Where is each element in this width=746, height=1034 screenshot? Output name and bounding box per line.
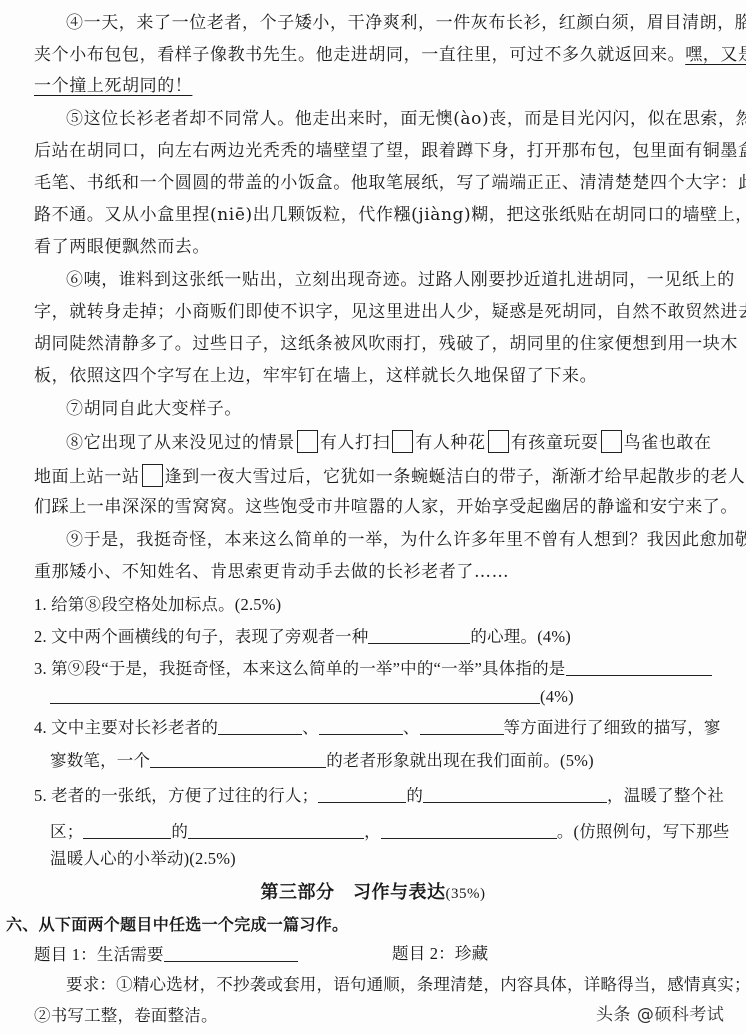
exam-page: ④一天，来了一位老者，个子矮小，干净爽利，一件灰布长衫，红颜白须，眉目清朗，胳肢… [0, 0, 746, 1034]
q5-answer-blank-1[interactable] [318, 784, 406, 803]
part3-score: (35%) [446, 886, 486, 902]
topic-1: 题目 1：生活需要 [34, 943, 298, 966]
punctuation-box-4[interactable] [601, 430, 622, 453]
q4-answer-blank-4[interactable] [150, 749, 326, 768]
p8-seg: 逢到一夜大雪过后，它犹如一条蜿蜒洁白的带子，渐渐才给早起散步的老人 [165, 467, 746, 487]
topic-1-label: 题目 1：生活需要 [34, 945, 164, 964]
p8-seg: 地面上站一站 [34, 467, 140, 487]
q4-line2-text: 寥数笔，一个 [50, 751, 150, 770]
q4-text-after: 等方面进行了细致的描写，寥 [504, 718, 721, 737]
q5-answer-blank-2[interactable] [423, 784, 607, 803]
p4-line2-text: 夹个小布包包，看样子像教书先生。他走进胡同，一直往里，可过不多久就返回来。 [34, 45, 685, 65]
q5-line2-start: 区； [50, 822, 83, 841]
q4-line2-text-after: 的老者形象就出现在我们面前。(5%) [326, 751, 594, 770]
p8-seg: 鸟雀也敢在 [624, 433, 712, 453]
p6-line2: 字，就转身走掉；小商贩们即使不识字，见这里进出人少，疑惑是死胡同，自然不敢贸然进… [34, 301, 746, 323]
q5-text-after: ，温暖了整个社 [607, 786, 724, 805]
p6-line4: 板，依照这四个字写在上边，牢牢钉在墙上，这样就长久地保留了下来。 [34, 365, 597, 387]
punctuation-box-3[interactable] [488, 430, 509, 453]
p5-line5: 看了两眼便飘然而去。 [34, 236, 210, 258]
p8-line3: 们踩上一串深深的雪窝窝。这些饱受市井喧嚣的人家，开始享受起幽居的静谧和安宁来了。 [34, 496, 738, 518]
q2-text-after: 的心理。(4%) [470, 627, 571, 646]
question-5-line2: 区；的，。(仿照例句，写下那些 [50, 820, 730, 843]
writing-task-heading: 六、从下面两个题目中任选一个完成一篇习作。 [6, 912, 348, 935]
p7-line1: ⑦胡同自此大变样子。 [66, 398, 242, 420]
q5-line2-comma: ， [364, 822, 381, 841]
q5-line2-mid: 的 [171, 822, 188, 841]
q5-answer-blank-5[interactable] [381, 820, 557, 839]
q2-text: 2. 文中两个画横线的句子，表现了旁观者一种 [34, 627, 368, 646]
underlined-sentence-1-cont: 一个撞上死胡同的！ [34, 76, 192, 96]
p4-line2: 夹个小布包包，看样子像教书先生。他走进胡同，一直往里，可过不多久就返回来。嘿，又… [34, 44, 746, 66]
p8-line1: ⑧它出现了从来没见过的情景有人打扫有人种花有孩童玩耍鸟雀也敢在 [66, 430, 712, 454]
question-3: 3. 第⑨段“于是，我挺奇怪，本来这么简单的一举”中的“一举”具体指的是 [34, 657, 712, 680]
question-4: 4. 文中主要对长衫老者的、、等方面进行了细致的描写，寥 [34, 716, 721, 739]
q2-answer-blank[interactable] [368, 625, 470, 644]
requirements-line1: 要求：①精心选材，不抄袭或套用，语句通顺，条理清楚，内容具体，详略得当，感情真实… [66, 974, 746, 996]
question-2: 2. 文中两个画横线的句子，表现了旁观者一种的心理。(4%) [34, 625, 571, 648]
q5-answer-blank-4[interactable] [188, 820, 364, 839]
q4-sep: 、 [302, 718, 319, 737]
watermark: 头条 @硕科考试 [596, 1000, 724, 1025]
question-4-line2: 寥数笔，一个的老者形象就出现在我们面前。(5%) [50, 749, 594, 772]
q4-answer-blank-1[interactable] [218, 716, 302, 735]
topic-1-blank[interactable] [164, 943, 298, 962]
p4-line3: 一个撞上死胡同的！ [34, 75, 192, 97]
p5-line1: ⑤这位长衫老者却不同常人。他走出来时，面无懊(ào)丧，而是目光闪闪，似在思索，… [66, 108, 746, 130]
q3-text: 3. 第⑨段“于是，我挺奇怪，本来这么简单的一举”中的“一举”具体指的是 [34, 659, 566, 678]
p8-seg: 有孩童玩耍 [511, 433, 599, 453]
q3-score: (4%) [540, 687, 574, 706]
p4-line1: ④一天，来了一位老者，个子矮小，干净爽利，一件灰布长衫，红颜白须，眉目清朗，胳肢… [66, 12, 746, 34]
q5-line2-end: 。(仿照例句，写下那些 [557, 822, 730, 841]
p5-line3: 毛笔、书纸和一个圆圆的带盖的小饭盒。他取笔展纸，写了端端正正、清清楚楚四个大字：… [34, 172, 746, 194]
q3-answer-blank-1[interactable] [566, 657, 712, 676]
question-5-line3: 温暖人心的小举动)(2.5%) [50, 848, 236, 870]
part3-title: 第三部分 习作与表达(35%) [0, 878, 746, 904]
q4-sep: 、 [403, 718, 420, 737]
question-1: 1. 给第⑧段空格处加标点。(2.5%) [34, 594, 281, 616]
p6-line1: ⑥咦，谁料到这张纸一贴出，立刻出现奇迹。过路人刚要抄近道扎进胡同，一见纸上的 [66, 269, 735, 291]
q3-answer-blank-2[interactable] [50, 685, 540, 704]
topic-2: 题目 2：珍藏 [392, 943, 488, 965]
p8-seg: ⑧它出现了从来没见过的情景 [66, 433, 295, 453]
p5-line4: 路不通。又从小盒里捏(niē)出几颗饭粒，代作糨(jiàng)糊，把这张纸贴在胡… [34, 204, 746, 226]
punctuation-box-2[interactable] [392, 430, 413, 453]
underlined-sentence-1: 嘿，又是 [685, 45, 746, 65]
q5-text: 5. 老者的一张纸，方便了过往的行人； [34, 786, 318, 805]
q4-text: 4. 文中主要对长衫老者的 [34, 718, 218, 737]
p5-line2: 后站在胡同口，向左右两边光秃秃的墙壁望了望，跟着蹲下身，打开那布包，包里面有铜墨… [34, 140, 746, 162]
part3-title-text: 第三部分 习作与表达 [261, 882, 446, 903]
requirements-line2: ②书写工整，卷面整洁。 [34, 1005, 218, 1027]
p9-line2: 重那矮小、不知姓名、肯思索更肯动手去做的长衫老者了…… [34, 561, 509, 583]
p8-line2: 地面上站一站逢到一夜大雪过后，它犹如一条蜿蜒洁白的带子，渐渐才给早起散步的老人 [34, 464, 745, 488]
p6-line3: 胡同陡然清静多了。过些日子，这纸条被风吹雨打，残破了，胡同里的住家便想到用一块木 [34, 333, 738, 355]
punctuation-box-1[interactable] [297, 430, 318, 453]
q4-answer-blank-2[interactable] [319, 716, 403, 735]
question-5: 5. 老者的一张纸，方便了过往的行人；的，温暖了整个社 [34, 784, 724, 807]
p9-line1: ⑨于是，我挺奇怪，本来这么简单的一举，为什么许多年里不曾有人想到？我因此愈加敬 [66, 529, 746, 551]
question-3-line2: (4%) [50, 685, 574, 708]
q5-mid: 的 [406, 786, 423, 805]
p8-seg: 有人打扫 [320, 433, 390, 453]
q5-answer-blank-3[interactable] [83, 820, 171, 839]
p8-seg: 有人种花 [415, 433, 485, 453]
punctuation-box-5[interactable] [142, 464, 163, 487]
q4-answer-blank-3[interactable] [420, 716, 504, 735]
